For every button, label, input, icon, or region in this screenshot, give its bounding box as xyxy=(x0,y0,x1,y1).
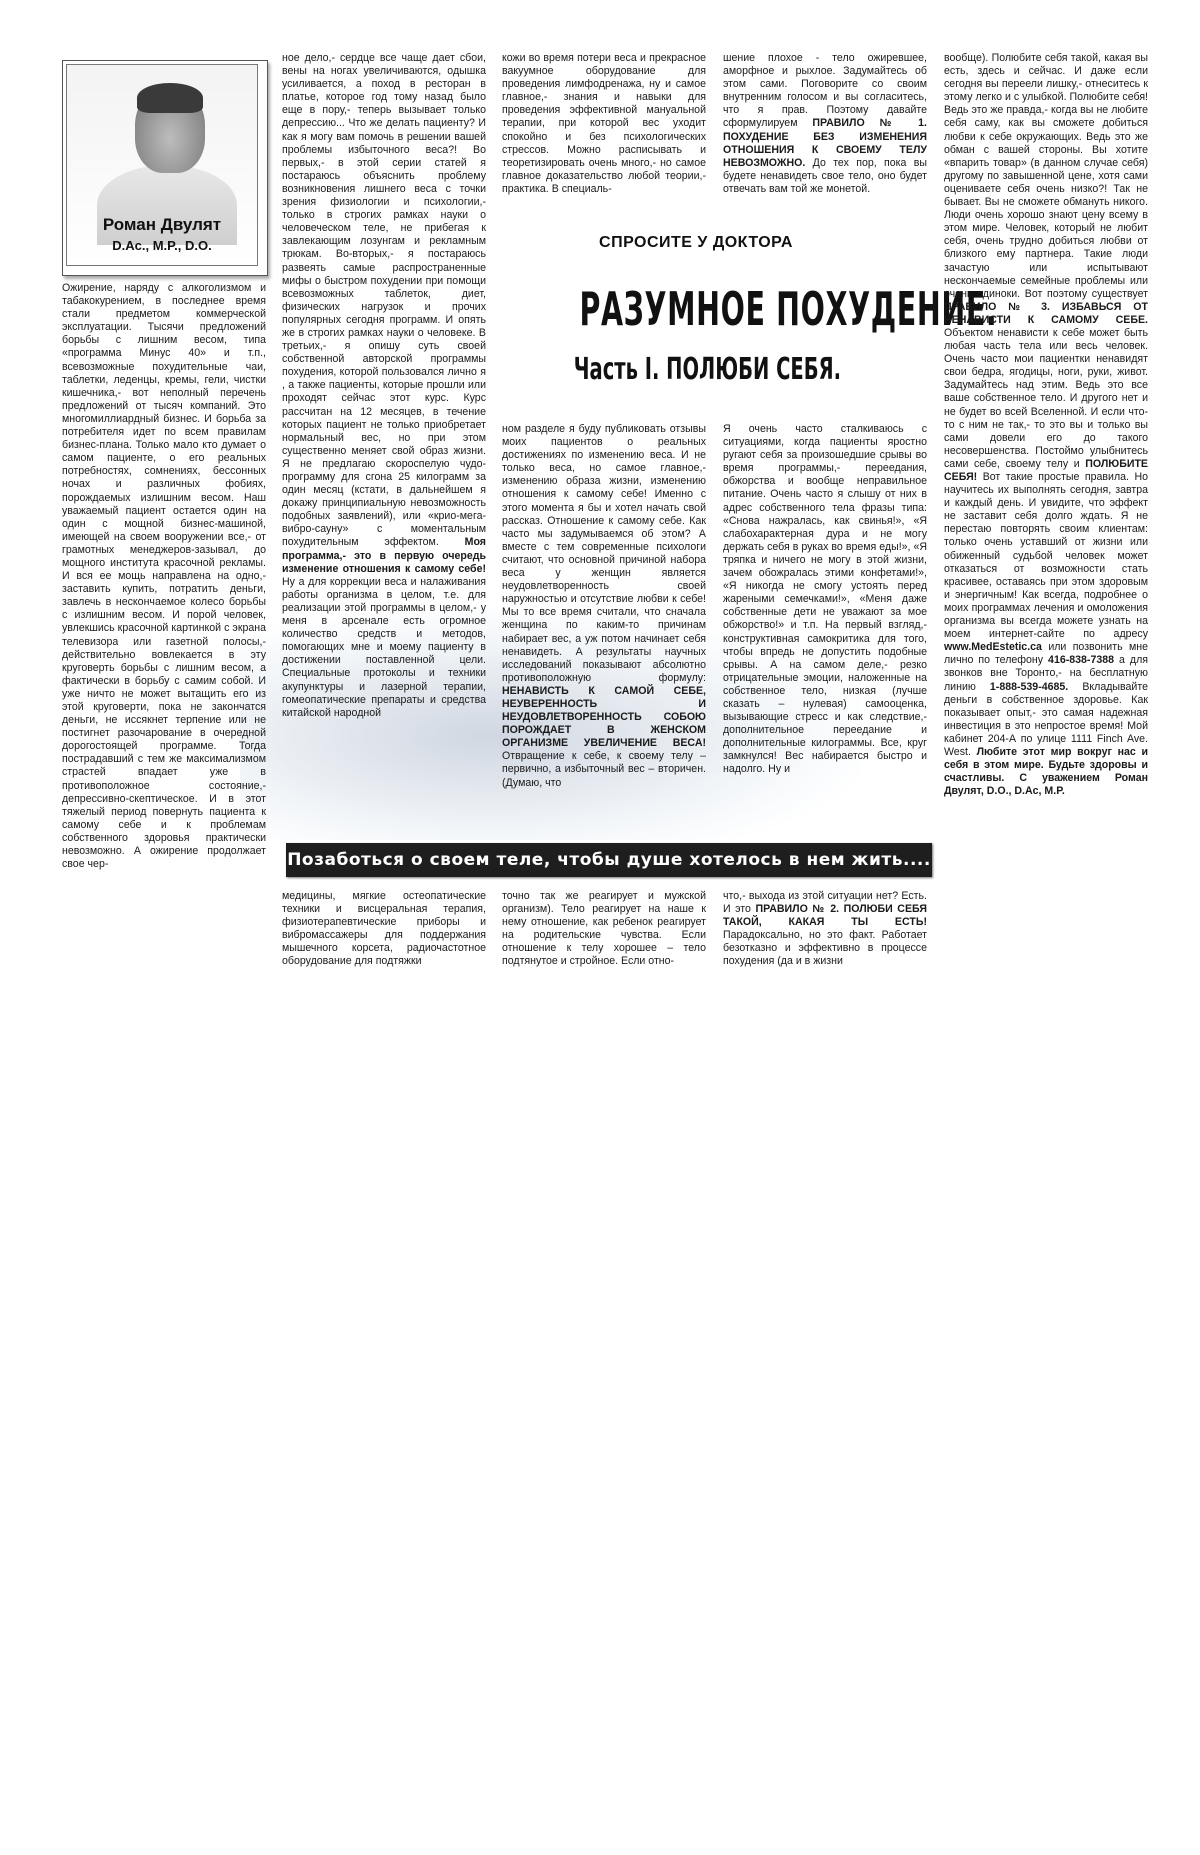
column-5-continued-2: Вот такие простые правила. Но научитесь … xyxy=(944,471,1148,640)
column-2-continued: Ну а для коррекции веса и налаживания ра… xyxy=(282,576,486,719)
author-photo: Роман Двулят D.Ac., M.P., D.O. xyxy=(66,64,258,266)
article-column-4-bottom: что,- выхода из этой ситуации нет? Есть.… xyxy=(723,890,927,969)
column-2-text: ное дело,- сердце все чаще дает сбои, ве… xyxy=(282,52,486,548)
phone-number-local: 416-838-7388 xyxy=(1048,654,1114,666)
article-column-4-top: шение плохое - тело ожиревшее, аморфное … xyxy=(723,52,927,196)
article-column-1: Ожирение, наряду с алкоголизмом и табако… xyxy=(62,282,266,871)
column-3-mid-text: ном разделе я буду публиковать отзывы мо… xyxy=(502,423,706,684)
column-1-text: Ожирение, наряду с алкоголизмом и табако… xyxy=(62,282,266,871)
rule-2: ПРАВИЛО № 2. ПОЛЮБИ СЕБЯ ТАКОЙ, КАКАЯ ТЫ… xyxy=(723,903,927,928)
column-3-mid-continued: Отвращение к себе, к своему телу – перви… xyxy=(502,750,706,788)
article-column-3-top: кожи во время потери веса и прекрасное в… xyxy=(502,52,706,196)
article-column-2-bottom: медицины, мягкие остеопатические техники… xyxy=(282,890,486,969)
website-link[interactable]: www.MedEstetic.ca xyxy=(944,641,1042,653)
closing-signature: Любите этот мир вокруг нас и себя в этом… xyxy=(944,746,1148,797)
article-column-4-mid: Я очень часто сталкиваюсь с ситуациями, … xyxy=(723,423,927,777)
column-2-bottom-text: медицины, мягкие остеопатические техники… xyxy=(282,890,486,969)
article-headline: РАЗУМНОЕ ПОХУДЕНИЕ. xyxy=(579,282,812,336)
article-column-5: вообще). Полюбите себя такой, какая вы е… xyxy=(944,52,1148,798)
slogan-banner: Позаботься о своем теле, чтобы душе хоте… xyxy=(286,843,932,877)
article-column-2: ное дело,- сердце все чаще дает сбои, ве… xyxy=(282,52,486,720)
column-3-bottom-text: точно так же реагирует и мужской организ… xyxy=(502,890,706,969)
article-column-3-bottom: точно так же реагирует и мужской организ… xyxy=(502,890,706,969)
author-name: Роман Двулят xyxy=(67,215,257,235)
newspaper-page: Роман Двулят D.Ac., M.P., D.O. Ожирение,… xyxy=(0,0,1200,1855)
column-3-bold-statement: НЕНАВИСТЬ К САМОЙ СЕБЕ, НЕУВЕРЕННОСТЬ И … xyxy=(502,685,706,749)
phone-number-tollfree: 1-888-539-4685. xyxy=(990,681,1068,693)
column-4-bottom-continued: Парадоксально, но это факт. Работает без… xyxy=(723,929,927,967)
article-column-3-mid: ном разделе я буду публиковать отзывы мо… xyxy=(502,423,706,790)
column-5-continued-1: Объектом ненависти к себе может быть люб… xyxy=(944,327,1148,470)
author-photo-frame: Роман Двулят D.Ac., M.P., D.O. xyxy=(62,60,268,276)
article-subheadline: Часть I. ПОЛЮБИ СЕБЯ. xyxy=(574,352,818,387)
section-rubric: СПРОСИТЕ У ДОКТОРА xyxy=(508,234,884,252)
portrait-hair xyxy=(137,83,203,113)
author-credentials: D.Ac., M.P., D.O. xyxy=(67,238,257,253)
rule-3: ПРАВИЛО № 3. ИЗБАВЬСЯ ОТ НЕНАВИСТИ К САМ… xyxy=(944,301,1148,326)
column-5-text: вообще). Полюбите себя такой, какая вы е… xyxy=(944,52,1148,300)
column-4-mid-text: Я очень часто сталкиваюсь с ситуациями, … xyxy=(723,423,927,777)
column-3-top-text: кожи во время потери веса и прекрасное в… xyxy=(502,52,706,196)
